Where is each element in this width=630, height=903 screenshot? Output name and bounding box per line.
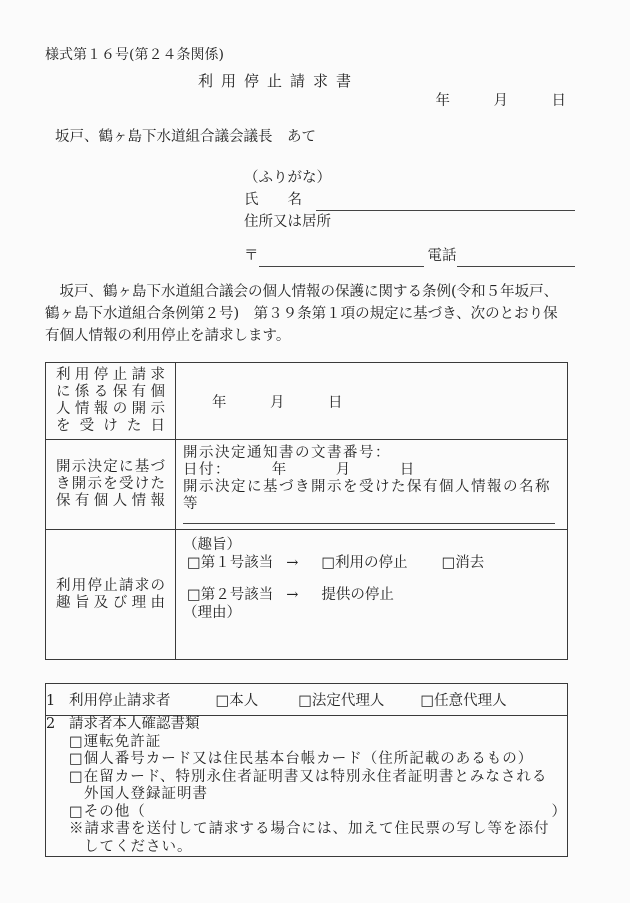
checkbox-clause1-icon[interactable]: □ bbox=[187, 555, 201, 571]
row-label-disclosure-date: 利用停止請求 に係る保有個 人情報の開示 を受けた日 bbox=[46, 363, 176, 440]
page-title: 利用停止請求書 bbox=[45, 71, 512, 91]
name-label: 氏 名 bbox=[244, 189, 302, 211]
option-legal-rep: □法定代理人 bbox=[298, 693, 384, 709]
info-name-label: 開示決定に基づき開示を受けた保有個人情報の名称等 bbox=[183, 479, 559, 513]
row-label-disclosed-info: 開示決定に基づ き開示を受けた 保有個人情報 bbox=[46, 440, 176, 530]
requester-type-label: 利用停止請求者 bbox=[69, 693, 171, 709]
identity-title: 請求者本人確認書類 bbox=[69, 716, 200, 732]
identity-item-mynumber: □個人番号カード又は住民基本台帳カード（住所記載のあるもの） bbox=[69, 751, 567, 769]
label-line: 趣旨及び理由 bbox=[56, 595, 165, 612]
form-number: 様式第１６号(第２４条関係) bbox=[45, 45, 568, 65]
reason-heading: （理由） bbox=[183, 604, 559, 622]
purpose-option-2: □第２号該当→提供の停止 bbox=[187, 586, 559, 604]
stop-use-label: 利用の停止 bbox=[335, 555, 408, 571]
purpose-heading: （趣旨） bbox=[183, 536, 559, 554]
requester-type-row: 1利用停止請求者□本人□法定代理人□任意代理人 bbox=[46, 684, 568, 716]
erase-label: 消去 bbox=[455, 555, 484, 571]
label-line: 利用停止請求の bbox=[56, 578, 165, 595]
option-self-label: 本人 bbox=[229, 693, 258, 709]
intro-line: 鶴ヶ島下水道組合条例第２号) 第３９条第１項の規定に基づき、次のとおり保 bbox=[45, 303, 568, 325]
row-number: 1 bbox=[46, 693, 69, 709]
identity-item-residence-card: □在留カード、特別永住者証明書又は特別永住者証明書とみなされる bbox=[69, 769, 567, 787]
table-row: 2請求者本人確認書類 □運転免許証 □個人番号カード又は住民基本台帳カード（住所… bbox=[46, 716, 568, 857]
checkbox-other-icon[interactable]: □ bbox=[69, 804, 84, 820]
label-line: 人情報の開示 bbox=[56, 401, 165, 418]
option-voluntary-rep-label: 任意代理人 bbox=[434, 693, 507, 709]
phone-label: 電話 bbox=[428, 245, 457, 267]
clause2-label: 第２号該当 bbox=[201, 587, 274, 603]
option-self: □本人 bbox=[216, 693, 259, 709]
residence-card-label-cont: 外国人登録証明書 bbox=[69, 786, 567, 804]
identity-item-other: □その他（ ） bbox=[69, 804, 567, 822]
table-row: 利用停止請求の 趣旨及び理由 （趣旨） □第１号該当→□利用の停止□消去 □第２… bbox=[46, 530, 568, 660]
purpose-option-1: □第１号該当→□利用の停止□消去 bbox=[187, 554, 559, 572]
identity-title-line: 2請求者本人確認書類 bbox=[46, 716, 567, 734]
checkbox-legal-rep-icon[interactable]: □ bbox=[298, 693, 312, 709]
requester-table: 1利用停止請求者□本人□法定代理人□任意代理人 2請求者本人確認書類 □運転免許… bbox=[45, 683, 568, 857]
label-line: 開示決定に基づ bbox=[56, 459, 165, 476]
postal-phone-row: 〒 電話 bbox=[244, 245, 575, 267]
name-input-line[interactable] bbox=[316, 190, 575, 211]
checkbox-voluntary-rep-icon[interactable]: □ bbox=[420, 693, 434, 709]
date-field-line[interactable]: 日付： 年 月 日 bbox=[183, 462, 559, 479]
label-line: を受けた日 bbox=[56, 418, 165, 435]
mailing-note-line1: ※請求書を送付して請求する場合には、加えて住民票の写し等を添付 bbox=[69, 821, 567, 839]
license-label: 運転免許証 bbox=[84, 734, 162, 750]
address-label: 住所又は居所 bbox=[244, 211, 575, 233]
option-legal-rep-label: 法定代理人 bbox=[312, 693, 385, 709]
intro-line: 坂戸、鶴ヶ島下水道組合議会の個人情報の保護に関する条例(令和５年坂戸、 bbox=[45, 281, 568, 303]
furigana-label: （ふりがな） bbox=[244, 167, 575, 189]
postal-mark-icon: 〒 bbox=[244, 245, 259, 267]
applicant-block: （ふりがな） 氏 名 住所又は居所 〒 電話 bbox=[244, 167, 575, 267]
other-label: その他（ bbox=[84, 804, 146, 820]
label-line: き開示を受けた bbox=[56, 476, 165, 493]
addressee-line: 坂戸、鶴ヶ島下水道組合議会議長 あて bbox=[45, 127, 568, 147]
postal-code-input-line[interactable] bbox=[259, 246, 424, 267]
purpose-reason-cell: （趣旨） □第１号該当→□利用の停止□消去 □第２号該当→提供の停止 （理由） bbox=[176, 530, 568, 660]
identity-documents-row: 2請求者本人確認書類 □運転免許証 □個人番号カード又は住民基本台帳カード（住所… bbox=[46, 716, 568, 857]
clause1-label: 第１号該当 bbox=[201, 555, 274, 571]
checkbox-license-icon[interactable]: □ bbox=[69, 734, 84, 750]
phone-input-line[interactable] bbox=[457, 246, 576, 267]
other-close-paren: ） bbox=[552, 804, 568, 822]
identity-items: □運転免許証 □個人番号カード又は住民基本台帳カード（住所記載のあるもの） □在… bbox=[69, 734, 567, 857]
table-row: 開示決定に基づ き開示を受けた 保有個人情報 開示決定通知書の文書番号： 日付：… bbox=[46, 440, 568, 530]
disclosure-date-blank[interactable]: 年 月 日 bbox=[176, 363, 568, 440]
info-name-input-line[interactable] bbox=[183, 523, 555, 524]
checkbox-clause2-icon[interactable]: □ bbox=[187, 587, 201, 603]
doc-number-label: 開示決定通知書の文書番号： bbox=[183, 445, 559, 462]
intro-paragraph: 坂戸、鶴ヶ島下水道組合議会の個人情報の保護に関する条例(令和５年坂戸、 鶴ヶ島下… bbox=[45, 281, 568, 347]
residence-card-label: 在留カード、特別永住者証明書又は特別永住者証明書とみなされる bbox=[84, 769, 548, 785]
identity-item-license: □運転免許証 bbox=[69, 734, 567, 752]
table-row: 利用停止請求 に係る保有個 人情報の開示 を受けた日 年 月 日 bbox=[46, 363, 568, 440]
disclosed-info-cell: 開示決定通知書の文書番号： 日付： 年 月 日 開示決定に基づき開示を受けた保有… bbox=[176, 440, 568, 530]
row-number: 2 bbox=[46, 716, 69, 734]
label-line: 保有個人情報 bbox=[56, 493, 165, 510]
checkbox-stop-use-icon[interactable]: □ bbox=[321, 555, 335, 571]
option-voluntary-rep: □任意代理人 bbox=[420, 693, 506, 709]
label-line: に係る保有個 bbox=[56, 384, 165, 401]
checkbox-residence-card-icon[interactable]: □ bbox=[69, 769, 84, 785]
name-row: 氏 名 bbox=[244, 189, 575, 211]
intro-line: 有個人情報の利用停止を請求します。 bbox=[45, 325, 568, 347]
request-detail-table: 利用停止請求 に係る保有個 人情報の開示 を受けた日 年 月 日 開示決定に基づ… bbox=[45, 362, 568, 660]
checkbox-mynumber-icon[interactable]: □ bbox=[69, 751, 84, 767]
arrow-icon: → bbox=[286, 555, 298, 571]
form-page: 様式第１６号(第２４条関係) 利用停止請求書 年 月 日 坂戸、鶴ヶ島下水道組合… bbox=[0, 0, 630, 903]
mailing-note-line2: してください。 bbox=[69, 839, 567, 857]
checkbox-self-icon[interactable]: □ bbox=[216, 693, 230, 709]
stop-provide-label: 提供の停止 bbox=[321, 587, 394, 603]
table-row: 1利用停止請求者□本人□法定代理人□任意代理人 bbox=[46, 684, 568, 716]
date-blank-top[interactable]: 年 月 日 bbox=[45, 91, 568, 111]
label-line: 利用停止請求 bbox=[56, 367, 165, 384]
row-label-purpose-reason: 利用停止請求の 趣旨及び理由 bbox=[46, 530, 176, 660]
checkbox-erase-icon[interactable]: □ bbox=[442, 555, 456, 571]
arrow-icon: → bbox=[286, 587, 298, 603]
mynumber-label: 個人番号カード又は住民基本台帳カード（住所記載のあるもの） bbox=[84, 751, 534, 767]
